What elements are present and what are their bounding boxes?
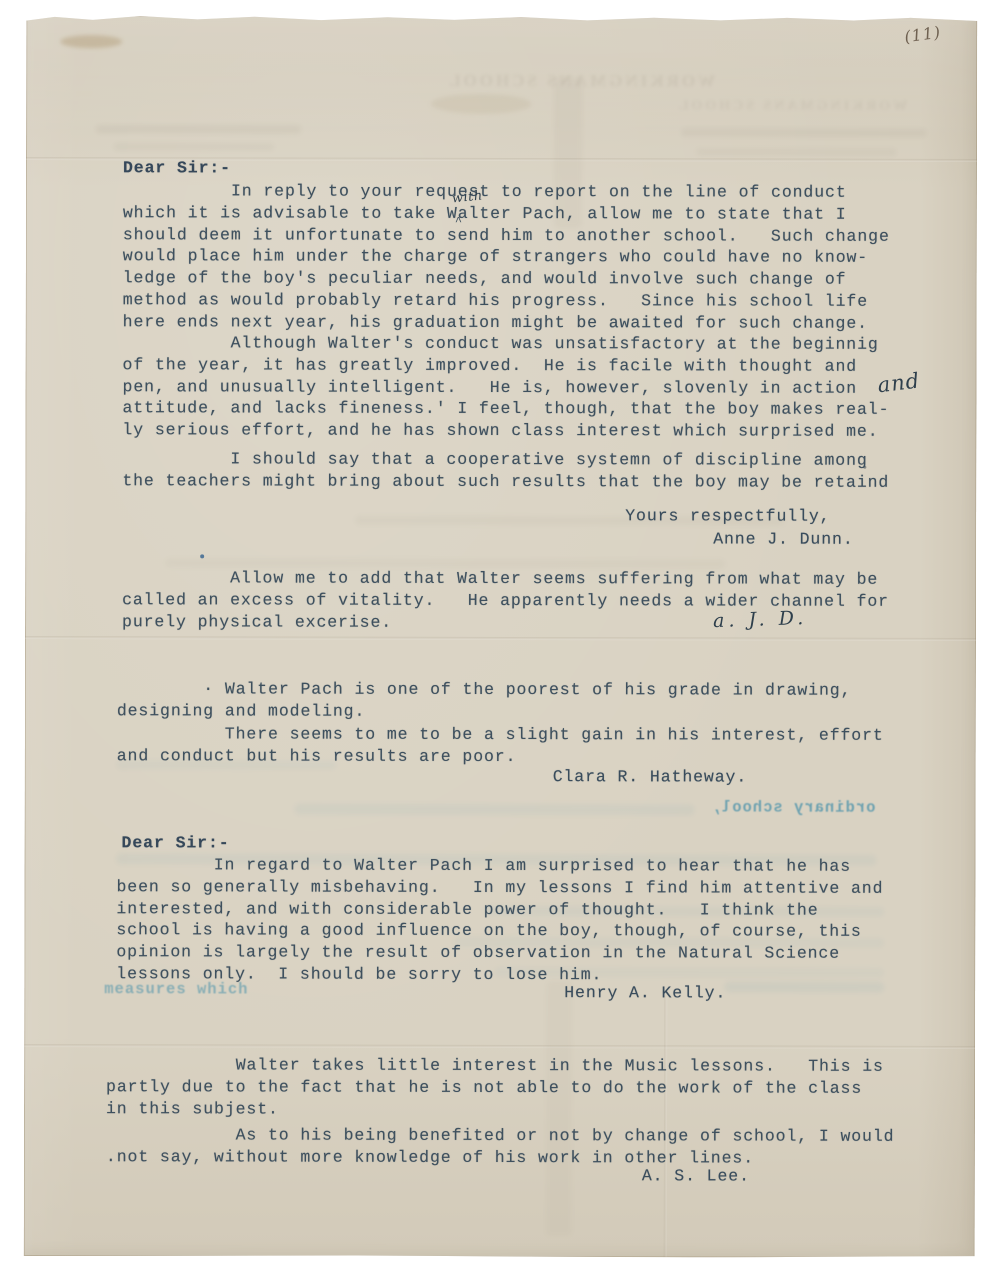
kelly-paragraph-1: In regard to Walter Pach I am surprised … bbox=[116, 854, 883, 986]
bleedthrough-ordinary-school: ordinary school, bbox=[711, 798, 876, 816]
fold-crease-middle bbox=[25, 636, 976, 641]
hatheway-paragraph-2: There seems to me to be a slight gain in… bbox=[117, 723, 884, 768]
stain-top-center bbox=[431, 94, 531, 114]
bleedthrough-streak bbox=[96, 125, 301, 133]
lee-paragraph-2: As to his being benefited or not by chan… bbox=[106, 1124, 895, 1169]
bleedthrough-streak bbox=[295, 804, 695, 816]
dunn-paragraph-2: Although Walter's conduct was unsatisfac… bbox=[122, 332, 889, 443]
dunn-signature: Anne J. Dunn. bbox=[713, 528, 853, 550]
handwritten-caret: ^ bbox=[455, 215, 462, 229]
bleedthrough-letterhead-2: WORKINGMANS SCHOOL bbox=[676, 98, 907, 114]
page-number-annotation: (11) bbox=[903, 22, 942, 46]
letter-paper: WORKINGMANS SCHOOL WORKINGMANS SCHOOL or… bbox=[24, 15, 978, 1258]
dunn-paragraph-3: I should say that a cooperative systemn … bbox=[122, 448, 889, 493]
hatheway-signature: Clara R. Hatheway. bbox=[553, 766, 747, 788]
handwritten-insert-and: and bbox=[876, 368, 921, 397]
stain-top-left bbox=[60, 35, 122, 48]
dunn-paragraph-1: In reply to your request to report on th… bbox=[123, 180, 890, 334]
dunn-salutation: Dear Sir:- bbox=[123, 157, 231, 179]
bleedthrough-streak bbox=[114, 143, 274, 150]
handwritten-insert-with: with bbox=[451, 188, 483, 206]
fold-crease-bottom bbox=[24, 1044, 975, 1049]
hatheway-paragraph-1: · Walter Pach is one of the poorest of h… bbox=[117, 678, 852, 723]
dunn-closing: Yours respectfully, bbox=[625, 505, 830, 527]
lee-paragraph-1: Walter takes little interest in the Musi… bbox=[106, 1054, 884, 1121]
lee-signature: A. S. Lee. bbox=[642, 1165, 750, 1187]
bleedthrough-streak bbox=[681, 128, 926, 137]
scan-background: WORKINGMANS SCHOOL WORKINGMANS SCHOOL or… bbox=[0, 0, 1000, 1277]
bleedthrough-streak bbox=[696, 148, 896, 155]
kelly-salutation: Dear Sir:- bbox=[122, 832, 230, 854]
kelly-signature: Henry A. Kelly. bbox=[564, 982, 726, 1004]
handwritten-initials-ajd: a. J. D. bbox=[713, 607, 808, 632]
